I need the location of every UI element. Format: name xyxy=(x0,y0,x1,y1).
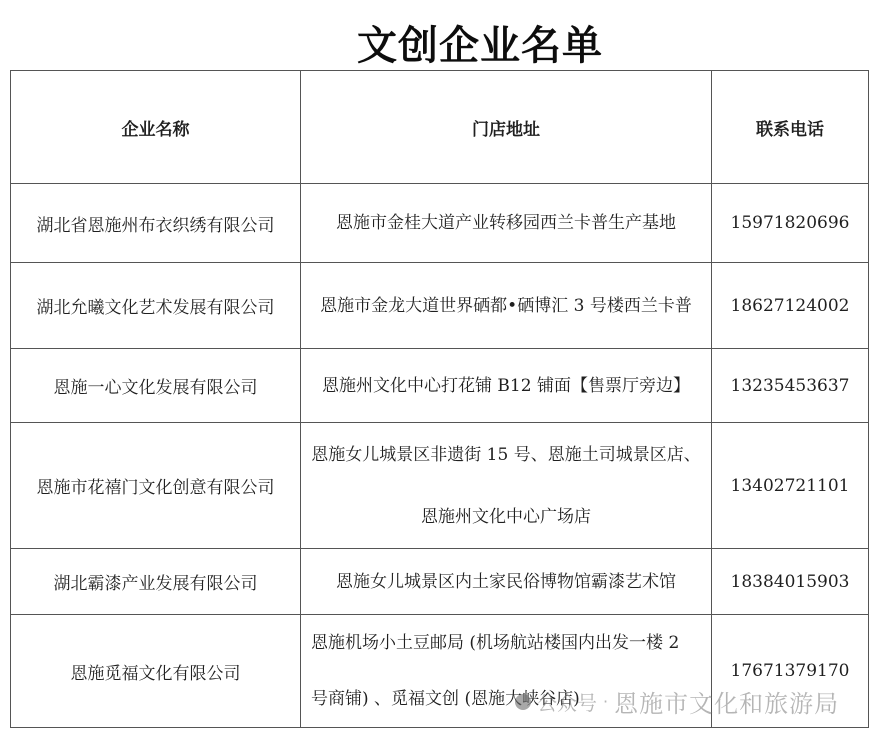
table-row: 恩施市花禧门文化创意有限公司 恩施女儿城景区非遗街 15 号、恩施土司城景区店、… xyxy=(11,423,869,549)
header-company-name: 企业名称 xyxy=(11,71,301,184)
company-name: 恩施市花禧门文化创意有限公司 xyxy=(11,423,301,549)
phone-number: 13402721101 xyxy=(712,423,869,549)
phone-number: 15971820696 xyxy=(712,184,869,263)
address-line: 恩施州文化中心打花铺 B12 铺面【售票厅旁边】 xyxy=(301,371,711,401)
phone-number: 18627124002 xyxy=(712,263,869,349)
company-name: 湖北霸漆产业发展有限公司 xyxy=(11,549,301,615)
header-store-address: 门店地址 xyxy=(301,71,712,184)
store-address: 恩施州文化中心打花铺 B12 铺面【售票厅旁边】 xyxy=(301,349,712,423)
table-row: 湖北允曦文化艺术发展有限公司 恩施市金龙大道世界硒都•硒博汇 3 号楼西兰卡普 … xyxy=(11,263,869,349)
phone-number: 18384015903 xyxy=(712,549,869,615)
address-line: 恩施女儿城景区内土家民俗博物馆霸漆艺术馆 xyxy=(301,567,711,597)
phone-number: 13235453637 xyxy=(712,349,869,423)
store-address: 恩施女儿城景区内土家民俗博物馆霸漆艺术馆 xyxy=(301,549,712,615)
company-name: 恩施觅福文化有限公司 xyxy=(11,615,301,728)
store-address: 恩施女儿城景区非遗街 15 号、恩施土司城景区店、 恩施州文化中心广场店 xyxy=(301,423,712,549)
document-title: 文创企业名单 xyxy=(0,14,877,71)
table-row: 湖北霸漆产业发展有限公司 恩施女儿城景区内土家民俗博物馆霸漆艺术馆 183840… xyxy=(11,549,869,615)
company-name: 恩施一心文化发展有限公司 xyxy=(11,349,301,423)
company-name: 湖北允曦文化艺术发展有限公司 xyxy=(11,263,301,349)
table-row: 恩施一心文化发展有限公司 恩施州文化中心打花铺 B12 铺面【售票厅旁边】 13… xyxy=(11,349,869,423)
table-row: 恩施觅福文化有限公司 恩施机场小土豆邮局 (机场航站楼国内出发一楼 2 号商铺)… xyxy=(11,615,869,728)
store-address: 恩施市金龙大道世界硒都•硒博汇 3 号楼西兰卡普 xyxy=(301,263,712,349)
address-line: 恩施州文化中心广场店 xyxy=(301,486,711,548)
address-line: 恩施女儿城景区非遗街 15 号、恩施土司城景区店、 xyxy=(301,424,711,486)
header-phone: 联系电话 xyxy=(712,71,869,184)
address-line: 号商铺) 、觅福文创 (恩施大峡谷店) xyxy=(301,671,711,727)
store-address: 恩施机场小土豆邮局 (机场航站楼国内出发一楼 2 号商铺) 、觅福文创 (恩施大… xyxy=(301,615,712,728)
table-header-row: 企业名称 门店地址 联系电话 xyxy=(11,71,869,184)
enterprise-table: 企业名称 门店地址 联系电话 湖北省恩施州布衣织绣有限公司 恩施市金桂大道产业转… xyxy=(10,70,869,728)
table-row: 湖北省恩施州布衣织绣有限公司 恩施市金桂大道产业转移园西兰卡普生产基地 1597… xyxy=(11,184,869,263)
store-address: 恩施市金桂大道产业转移园西兰卡普生产基地 xyxy=(301,184,712,263)
address-line: 恩施市金桂大道产业转移园西兰卡普生产基地 xyxy=(301,208,711,238)
company-name: 湖北省恩施州布衣织绣有限公司 xyxy=(11,184,301,263)
phone-number: 17671379170 xyxy=(712,615,869,728)
address-line: 恩施市金龙大道世界硒都•硒博汇 3 号楼西兰卡普 xyxy=(301,291,711,321)
address-line: 恩施机场小土豆邮局 (机场航站楼国内出发一楼 2 xyxy=(301,615,711,671)
